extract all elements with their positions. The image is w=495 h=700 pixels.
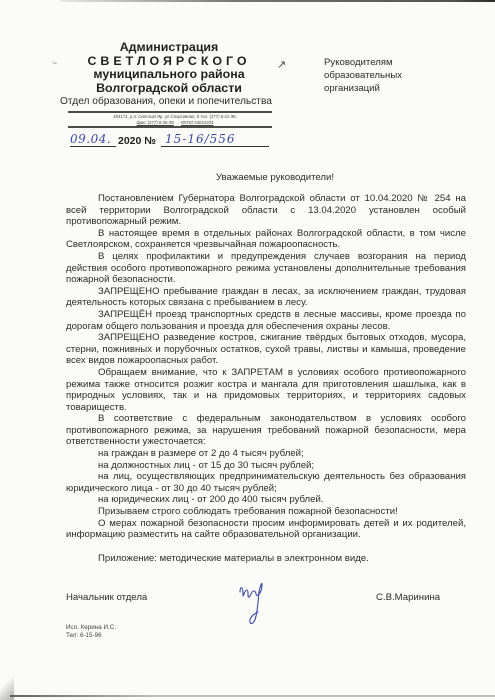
letterhead-org-line3: муниципального района — [68, 68, 270, 82]
paragraph: Обращаем внимание, что к ЗАПРЕТАМ в усло… — [66, 367, 466, 413]
paragraph: ЗАПРЕЩЁН проезд транспортных средств в л… — [66, 309, 466, 332]
paragraph: В настоящее время в отдельных районах Во… — [66, 228, 466, 251]
scan-speck: ~ — [52, 58, 57, 68]
addressee-line1: Руководителям — [324, 56, 484, 69]
paragraph: Постановлением Губернатора Волгоградской… — [66, 193, 466, 228]
address-fax: факс (277) 6-26-39 — [137, 120, 174, 125]
fine-item: на юридических лиц - от 200 до 400 тысяч… — [66, 494, 466, 506]
letterhead: Администрация СВЕТЛОЯРСКОГО муниципально… — [68, 41, 270, 108]
scan-edge-bottom — [10, 695, 495, 697]
scan-edge-top — [60, 0, 495, 2]
paragraph: ЗАПРЕЩЕНО разведение костров, сжигание т… — [66, 332, 466, 367]
letterhead-department: Отдел образования, опеки и попечительств… — [60, 95, 280, 108]
scanned-letter-page: ~ ↗ Администрация СВЕТЛОЯРСКОГО муниципа… — [0, 0, 495, 700]
signatory-name: С.В.Маринина — [376, 592, 440, 603]
fine-item: на должностных лиц - от 15 до 30 тысяч р… — [66, 460, 466, 472]
letterhead-org-line4: Волгоградской области — [68, 82, 270, 96]
handwritten-signature — [234, 582, 274, 628]
signatory-position: Начальник отдела — [66, 592, 147, 603]
registration-line: 09.04. 2020 № 15-16/556 — [68, 132, 278, 152]
salutation: Уважаемые руководители! — [60, 172, 490, 183]
letterhead-rule-top — [68, 111, 272, 113]
handwritten-date: 09.04. — [70, 132, 116, 147]
executor-name: Исп. Керина И.С. — [66, 624, 116, 632]
letter-body: Постановлением Губернатора Волгоградской… — [66, 193, 466, 564]
address-okpo: ОКПО 04024204 — [181, 120, 214, 125]
letterhead-rule-bottom — [68, 126, 272, 128]
handwritten-number: 15-16/556 — [161, 132, 269, 147]
fine-item: на граждан в размере от 2 до 4 тысяч руб… — [66, 448, 466, 460]
scan-shadow-corner — [0, 670, 14, 700]
letterhead-address: 404171, р.п. Светлый Яр, ул.Спортивная, … — [80, 114, 270, 126]
paragraph: О мерах пожарной безопасности просим инф… — [66, 518, 466, 541]
addressee-line2: образовательных — [324, 69, 484, 82]
paragraph: В соответствие с федеральным законодател… — [66, 413, 466, 448]
paragraph: ЗАПРЕЩЕНО пребывание граждан в лесах, за… — [66, 286, 466, 309]
letterhead-org-line2: СВЕТЛОЯРСКОГО — [68, 55, 270, 69]
scan-mark: ↗ — [277, 58, 286, 71]
addressee: Руководителям образовательных организаци… — [324, 56, 484, 96]
registration-year: 2020 № — [118, 135, 156, 147]
executor-info: Исп. Керина И.С. Тел: 6-15-96 — [66, 624, 116, 640]
letterhead-org-line1: Администрация — [68, 41, 270, 55]
attachment-note: Приложение: методические материалы в эле… — [66, 553, 466, 565]
fine-item: на лиц, осуществляющих предпринимательск… — [66, 471, 466, 494]
executor-phone: Тел: 6-15-96 — [66, 632, 116, 640]
paragraph: В целях профилактики и предупреждения сл… — [66, 251, 466, 286]
addressee-line3: организаций — [324, 82, 484, 95]
paragraph: Призываем строго соблюдать требования по… — [66, 506, 466, 518]
